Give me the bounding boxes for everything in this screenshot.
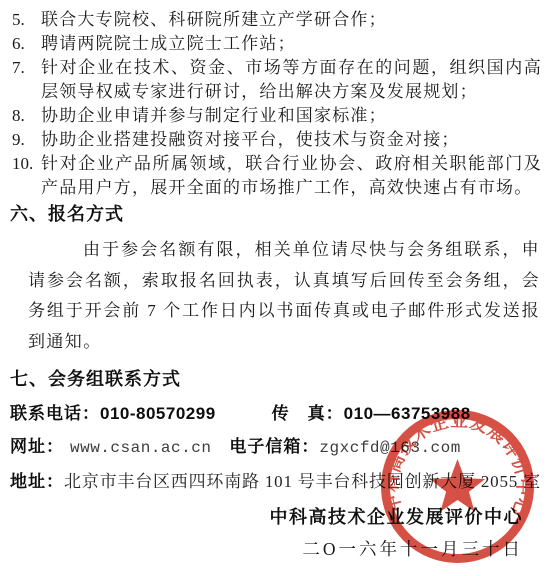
fax-label: 传 真：: [272, 404, 344, 423]
list-item-text: 联合大专院校、科研院所建立产学研合作；: [41, 8, 542, 32]
list-item: 6. 聘请两院院士成立院士工作站；: [0, 32, 550, 56]
email-label: 电子信箱：: [229, 437, 319, 456]
web-email-line: 网址：www.csan.ac.cn电子信箱：zgxcfd@163.com: [10, 430, 550, 465]
list-item: 8. 协助企业申请并参与制定行业和国家标准；: [0, 104, 550, 128]
list-item-number: 10.: [12, 152, 41, 200]
service-list: 5. 联合大专院校、科研院所建立产学研合作； 6. 聘请两院院士成立院士工作站；…: [0, 0, 550, 200]
list-item-number: 5.: [12, 8, 41, 32]
website-value: www.csan.ac.cn: [70, 439, 211, 457]
list-item-text: 针对企业产品所属领域，联合行业协会、政府相关职能部门及产品用户方，展开全面的市场…: [41, 152, 542, 200]
contact-block: 联系电话：010-80570299传 真：010—63753988 网址：www…: [0, 397, 550, 498]
list-item-number: 9.: [12, 128, 41, 152]
list-item-number: 6.: [12, 32, 41, 56]
notice-document-page: 5. 联合大专院校、科研院所建立产学研合作； 6. 聘请两院院士成立院士工作站；…: [0, 0, 550, 576]
signature-date: 二O一六年十一月三十日: [0, 539, 550, 560]
phone-value: 010-80570299: [100, 404, 216, 423]
list-item: 7. 针对企业在技术、资金、市场等方面存在的问题，组织国内高层领导权威专家进行研…: [0, 56, 550, 104]
list-item-number: 7.: [12, 56, 41, 104]
list-item-text: 针对企业在技术、资金、市场等方面存在的问题，组织国内高层领导权威专家进行研讨，给…: [41, 56, 542, 104]
signature-organization: 中科高技术企业发展评价中心: [0, 507, 550, 528]
registration-heading: 六、报名方式: [0, 202, 550, 226]
fax-value: 010—63753988: [344, 404, 471, 423]
list-item-number: 8.: [12, 104, 41, 128]
list-item: 5. 联合大专院校、科研院所建立产学研合作；: [0, 8, 550, 32]
address-value: 北京市丰台区西四环南路 101 号丰台科技园创新大厦 2055 室: [64, 472, 541, 491]
registration-paragraph: 由于参会名额有限，相关单位请尽快与会务组联系，申请参会名额，索取报名回执表，认真…: [28, 235, 540, 357]
address-line: 地址：北京市丰台区西四环南路 101 号丰台科技园创新大厦 2055 室: [10, 465, 550, 498]
email-value: zgxcfd@163.com: [319, 439, 460, 457]
phone-fax-line: 联系电话：010-80570299传 真：010—63753988: [10, 397, 550, 430]
website-label: 网址：: [10, 437, 64, 456]
list-item-text: 聘请两院院士成立院士工作站；: [41, 32, 542, 56]
list-item-text: 协助企业搭建投融资对接平台，使技术与资金对接；: [41, 128, 542, 152]
address-label: 地址：: [10, 472, 64, 491]
list-item: 10. 针对企业产品所属领域，联合行业协会、政府相关职能部门及产品用户方，展开全…: [0, 152, 550, 200]
contact-heading: 七、会务组联系方式: [0, 367, 550, 391]
list-item-text: 协助企业申请并参与制定行业和国家标准；: [41, 104, 542, 128]
phone-label: 联系电话：: [10, 404, 100, 423]
list-item: 9. 协助企业搭建投融资对接平台，使技术与资金对接；: [0, 128, 550, 152]
